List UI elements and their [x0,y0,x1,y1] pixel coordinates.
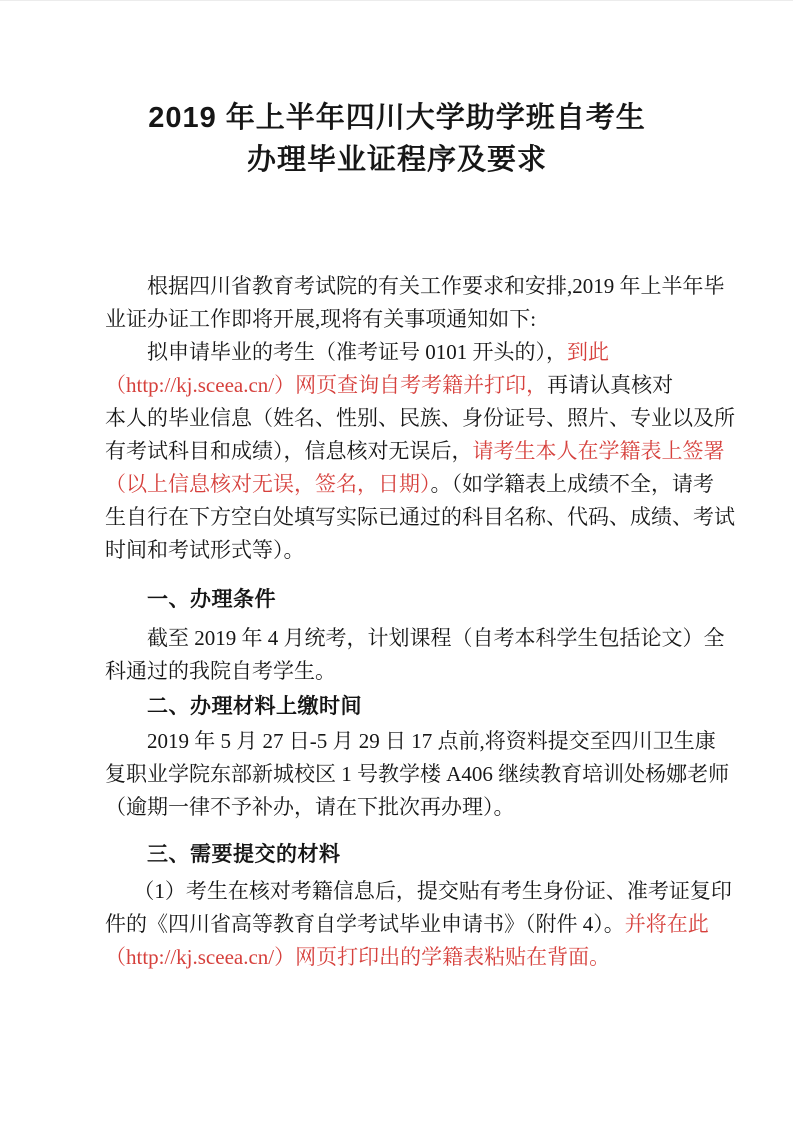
paragraph-line: （http://kj.sceea.cn/）网页打印出的学籍表粘贴在背面。 [105,941,689,974]
sign-instruction-emphasis: （以上信息核对无误，签名，日期） [105,472,431,496]
eligibility-paragraph: 截至 2019 年 4 月统考，计划课程（自考本科学生包括论文）全 科通过的我院… [105,622,689,688]
title-line-2: 办理毕业证程序及要求 [105,139,689,181]
paragraph-line: 时间和考试形式等）。 [105,534,689,567]
paragraph-line: 拟申请毕业的考生（准考证号 0101 开头的），到此 [105,336,689,369]
paragraph-line: （以上信息核对无误，签名，日期）。（如学籍表上成绩不全，请考 [105,468,689,501]
paragraph-line: （1）考生在核对考籍信息后，提交贴有考生身份证、准考证复印 [105,875,689,908]
paragraph-line: （逾期一律不予补办，请在下批次再办理）。 [105,791,689,824]
paragraph-line: 业证办证工作即将开展,现将有关事项通知如下: [105,303,689,336]
paragraph-line: 截至 2019 年 4 月统考，计划课程（自考本科学生包括论文）全 [105,622,689,655]
title-line-1: 2019 年上半年四川大学助学班自考生 [105,97,689,139]
document-page: 2019 年上半年四川大学助学班自考生 办理毕业证程序及要求 根据四川省教育考试… [0,1,793,1122]
paragraph-line: 件的《四川省高等教育自学考试毕业申请书》（附件 4）。并将在此 [105,908,689,941]
paragraph-line: 本人的毕业信息（姓名、性别、民族、身份证号、照片、专业以及所 [105,402,689,435]
document-title: 2019 年上半年四川大学助学班自考生 办理毕业证程序及要求 [105,97,689,181]
paragraph-line: 有考试科目和成绩），信息核对无误后，请考生本人在学籍表上签署 [105,435,689,468]
paragraph-line: （http://kj.sceea.cn/）网页查询自考考籍并打印，再请认真核对 [105,369,689,402]
query-transcript-link[interactable]: （http://kj.sceea.cn/）网页查询自考考籍并打印， [105,373,547,397]
print-transcript-link[interactable]: （http://kj.sceea.cn/）网页打印出的学籍表粘贴在背面。 [105,945,610,969]
text-segment: 再请认真核对 [547,373,673,397]
application-instructions-paragraph: 拟申请毕业的考生（准考证号 0101 开头的），到此 （http://kj.sc… [105,336,689,567]
intro-paragraph: 根据四川省教育考试院的有关工作要求和安排,2019 年上半年毕 业证办证工作即将… [105,270,689,336]
section-3-heading: 三、需要提交的材料 [105,838,689,871]
text-segment: 。（如学籍表上成绩不全，请考 [431,472,715,496]
paste-here-emphasis: 并将在此 [625,912,709,936]
text-segment: 件的《四川省高等教育自学考试毕业申请书》（附件 4）。 [105,912,625,936]
section-1-heading: 一、办理条件 [105,583,689,616]
text-segment: 有考试科目和成绩），信息核对无误后， [105,439,473,463]
go-here-emphasis: 到此 [567,340,609,364]
paragraph-line: 根据四川省教育考试院的有关工作要求和安排,2019 年上半年毕 [105,270,689,303]
text-segment: 拟申请毕业的考生（准考证号 0101 开头的）， [147,340,567,364]
submission-time-paragraph: 2019 年 5 月 27 日-5 月 29 日 17 点前,将资料提交至四川卫… [105,725,689,824]
document-body: 根据四川省教育考试院的有关工作要求和安排,2019 年上半年毕 业证办证工作即将… [105,270,689,974]
paragraph-line: 生自行在下方空白处填写实际已通过的科目名称、代码、成绩、考试 [105,501,689,534]
section-2-heading: 二、办理材料上缴时间 [105,690,689,723]
paragraph-line: 2019 年 5 月 27 日-5 月 29 日 17 点前,将资料提交至四川卫… [105,725,689,758]
paragraph-line: 复职业学院东部新城校区 1 号教学楼 A406 继续教育培训处杨娜老师 [105,758,689,791]
paragraph-line: 科通过的我院自考学生。 [105,655,689,688]
sign-instruction-emphasis: 请考生本人在学籍表上签署 [473,439,725,463]
required-materials-paragraph: （1）考生在核对考籍信息后，提交贴有考生身份证、准考证复印 件的《四川省高等教育… [105,875,689,974]
